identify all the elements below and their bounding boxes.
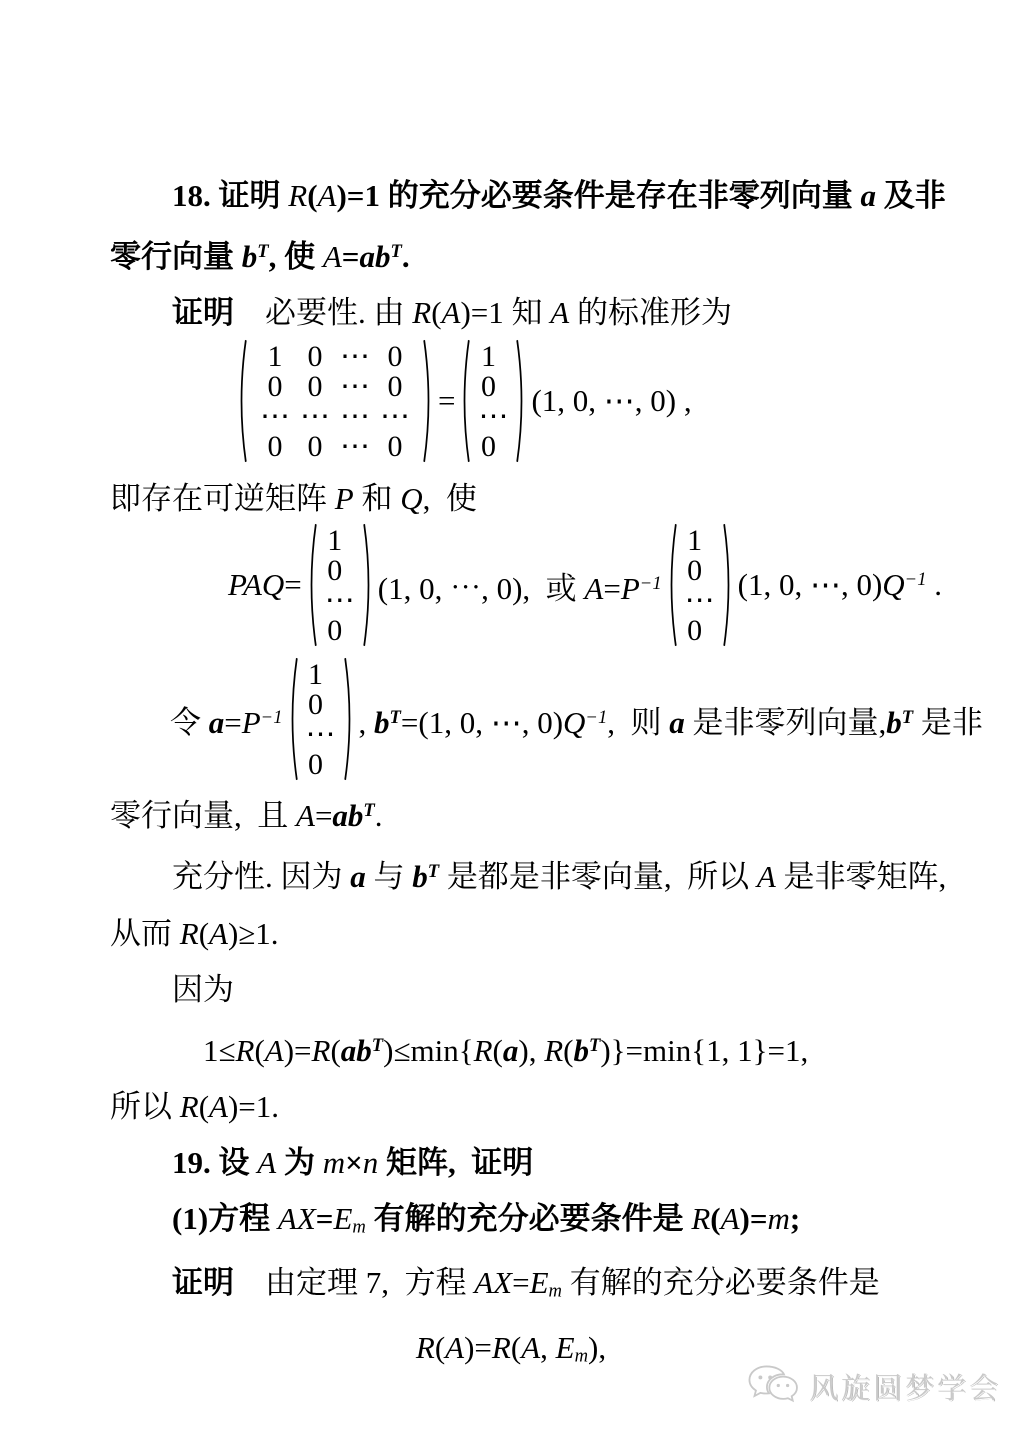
- eq-rank-min: 1≤R(A)=R(abT)≤min{R(a), R(bT)}=min{1, 1}…: [203, 1018, 912, 1079]
- vector-cells: 10⋯0: [678, 521, 722, 649]
- line-18-statement-1: 18. 证明 R(A)=1 的充分必要条件是存在非零列向量 a 及非: [110, 168, 912, 224]
- column-vector: 10⋯0: [458, 337, 528, 465]
- left-paren: [305, 521, 318, 649]
- vector-cells: 10⋯0: [299, 655, 343, 783]
- line-because: 因为: [110, 962, 912, 1018]
- column-vector: 10⋯0: [286, 655, 356, 783]
- eq-segment: , bT=(1, 0, ⋯, 0)Q−1, 则 a 是非零列向量,bT 是非: [359, 697, 983, 742]
- eq-segment: PAQ=: [228, 567, 302, 603]
- column-vector: 10⋯0: [665, 521, 735, 649]
- line-rank-ge-1: 从而 R(A)≥1.: [110, 906, 912, 962]
- right-paren: [362, 521, 375, 649]
- right-paren: [722, 521, 735, 649]
- left-paren: [458, 337, 471, 465]
- line-19-part1: (1)方程 AX=Em 有解的充分必要条件是 R(A)=m;: [110, 1191, 912, 1255]
- vector-cells: 10⋯0: [318, 521, 362, 649]
- line-proof-necessity: 证明 必要性. 由 R(A)=1 知 A 的标准形为: [110, 285, 912, 341]
- equals-sign: =: [438, 383, 455, 419]
- line-conclusion: 所以 R(A)=1.: [110, 1079, 912, 1135]
- matrix-cells: 10⋯000⋯0⋯⋯⋯⋯00⋯0: [248, 337, 422, 465]
- vector-cells: 10⋯0: [471, 337, 515, 465]
- textbook-page: 18. 证明 R(A)=1 的充分必要条件是存在非零列向量 a 及非 零行向量 …: [0, 0, 1011, 1431]
- page-content: 18. 证明 R(A)=1 的充分必要条件是存在非零列向量 a 及非 零行向量 …: [110, 168, 912, 1384]
- eq-paq: PAQ= 10⋯0 (1, 0, ⋯, 0), 或 A=P−1 10⋯0 (1,…: [228, 521, 912, 649]
- matrix-4x4: 10⋯000⋯0⋯⋯⋯⋯00⋯0: [235, 337, 435, 465]
- line-sufficiency: 充分性. 因为 a 与 bT 是都是非零向量, 所以 A 是非零矩阵,: [110, 844, 912, 905]
- wechat-icon: [747, 1364, 799, 1408]
- eq-segment: (1, 0, ⋯, 0)Q−1 .: [738, 567, 942, 603]
- watermark: 风旋圆梦学会: [747, 1364, 1001, 1408]
- left-paren: [286, 655, 299, 783]
- line-invertible-pq: 即存在可逆矩阵 P 和 Q, 使: [110, 471, 912, 527]
- right-paren: [343, 655, 356, 783]
- line-18-statement-2: 零行向量 bT, 使 A=abT.: [110, 224, 912, 285]
- right-paren: [515, 337, 528, 465]
- left-paren: [665, 521, 678, 649]
- right-paren: [422, 337, 435, 465]
- column-vector: 10⋯0: [305, 521, 375, 649]
- eq-segment: 令 a=P−1: [170, 697, 283, 742]
- line-row-vector-and: 零行向量, 且 A=abT.: [110, 783, 912, 844]
- eq-standard-form: 10⋯000⋯0⋯⋯⋯⋯00⋯0 = 10⋯0 (1, 0, ⋯, 0) ,: [232, 337, 912, 465]
- row-vector-text: (1, 0, ⋯, 0) ,: [531, 383, 691, 419]
- eq-segment: (1, 0, ⋯, 0), 或 A=P−1: [378, 563, 662, 608]
- line-19-statement: 19. 设 A 为 m×n 矩阵, 证明: [110, 1135, 912, 1191]
- watermark-label: 风旋圆梦学会: [809, 1366, 1001, 1407]
- left-paren: [235, 337, 248, 465]
- line-19-proof: 证明 由定理 7, 方程 AX=Em 有解的充分必要条件是: [110, 1255, 912, 1319]
- eq-let-a: 令 a=P−1 10⋯0 , bT=(1, 0, ⋯, 0)Q−1, 则 a 是…: [170, 655, 912, 783]
